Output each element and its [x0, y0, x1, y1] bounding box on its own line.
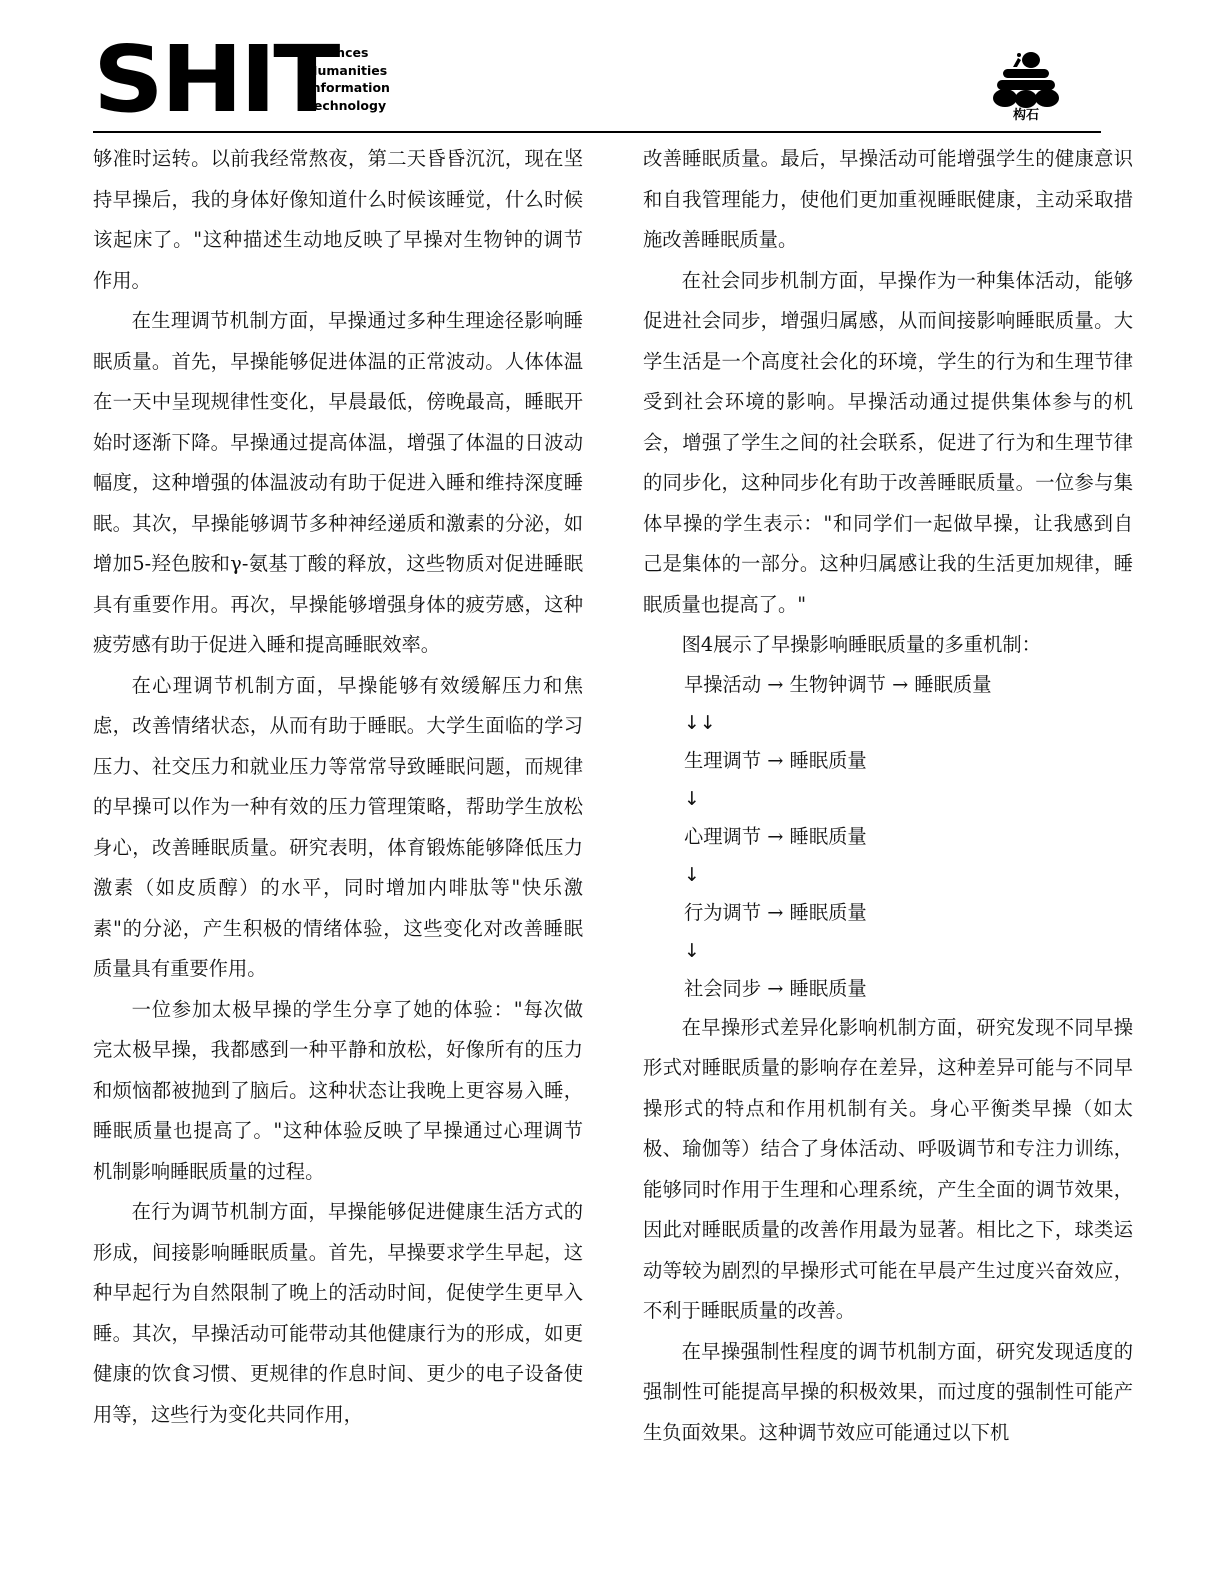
- flow-line: 行为调节 → 睡眠质量: [684, 894, 1133, 932]
- logo-word: Information: [307, 79, 390, 97]
- figure-intro: 图4展示了早操影响睡眠质量的多重机制：: [643, 625, 1133, 666]
- mechanism-flow-diagram: 早操活动 → 生物钟调节 → 睡眠质量 ↓↓ 生理调节 → 睡眠质量 ↓ 心理调…: [643, 666, 1133, 1008]
- paragraph: 在心理调节机制方面，早操能够有效缓解压力和焦虑，改善情绪状态，从而有助于睡眠。大…: [93, 666, 583, 990]
- left-column: 够准时运转。以前我经常熬夜，第二天昏昏沉沉，现在坚持早操后，我的身体好像知道什么…: [93, 139, 583, 1435]
- header-rule: [93, 131, 1101, 133]
- paragraph: 在社会同步机制方面，早操作为一种集体活动，能够促进社会同步，增强归属感，从而间接…: [643, 261, 1133, 626]
- flow-line: 早操活动 → 生物钟调节 → 睡眠质量: [684, 666, 1133, 704]
- paragraph: 改善睡眠质量。最后，早操活动可能增强学生的健康意识和自我管理能力，使他们更加重视…: [643, 139, 1133, 261]
- paragraph: 够准时运转。以前我经常熬夜，第二天昏昏沉沉，现在坚持早操后，我的身体好像知道什么…: [93, 139, 583, 301]
- flow-line: 心理调节 → 睡眠质量: [684, 818, 1133, 856]
- journal-logo-text: SHIT: [93, 40, 337, 120]
- flow-line: 社会同步 → 睡眠质量: [684, 970, 1133, 1008]
- paragraph: 在早操形式差异化影响机制方面，研究发现不同早操形式对睡眠质量的影响存在差异，这种…: [643, 1008, 1133, 1332]
- down-arrow-icon: ↓: [684, 780, 1133, 818]
- paragraph: 在生理调节机制方面，早操通过多种生理途径影响睡眠质量。首先，早操能够促进体温的正…: [93, 301, 583, 666]
- page-header: SHIT Sciences Humanities Information Tec…: [93, 40, 1101, 130]
- down-arrow-icon: ↓: [684, 932, 1133, 970]
- flow-line: 生理调节 → 睡眠质量: [684, 742, 1133, 780]
- paragraph: 在早操强制性程度的调节机制方面，研究发现适度的强制性可能提高早操的积极效果，而过…: [643, 1332, 1133, 1454]
- journal-logo-words: Sciences Humanities Information Technolo…: [307, 44, 390, 114]
- paragraph: 在行为调节机制方面，早操能够促进健康生活方式的形成，间接影响睡眠质量。首先，早操…: [93, 1192, 583, 1435]
- down-arrow-icon: ↓↓: [684, 704, 1133, 742]
- paragraph: 一位参加太极早操的学生分享了她的体验："每次做完太极早操，我都感到一种平静和放松…: [93, 990, 583, 1193]
- down-arrow-icon: ↓: [684, 856, 1133, 894]
- logo-word: Technology: [307, 97, 390, 115]
- logo-word: Humanities: [307, 62, 390, 80]
- logo-word: Sciences: [307, 44, 390, 62]
- right-column: 改善睡眠质量。最后，早操活动可能增强学生的健康意识和自我管理能力，使他们更加重视…: [643, 139, 1133, 1453]
- mark-label: 构石: [1003, 104, 1049, 123]
